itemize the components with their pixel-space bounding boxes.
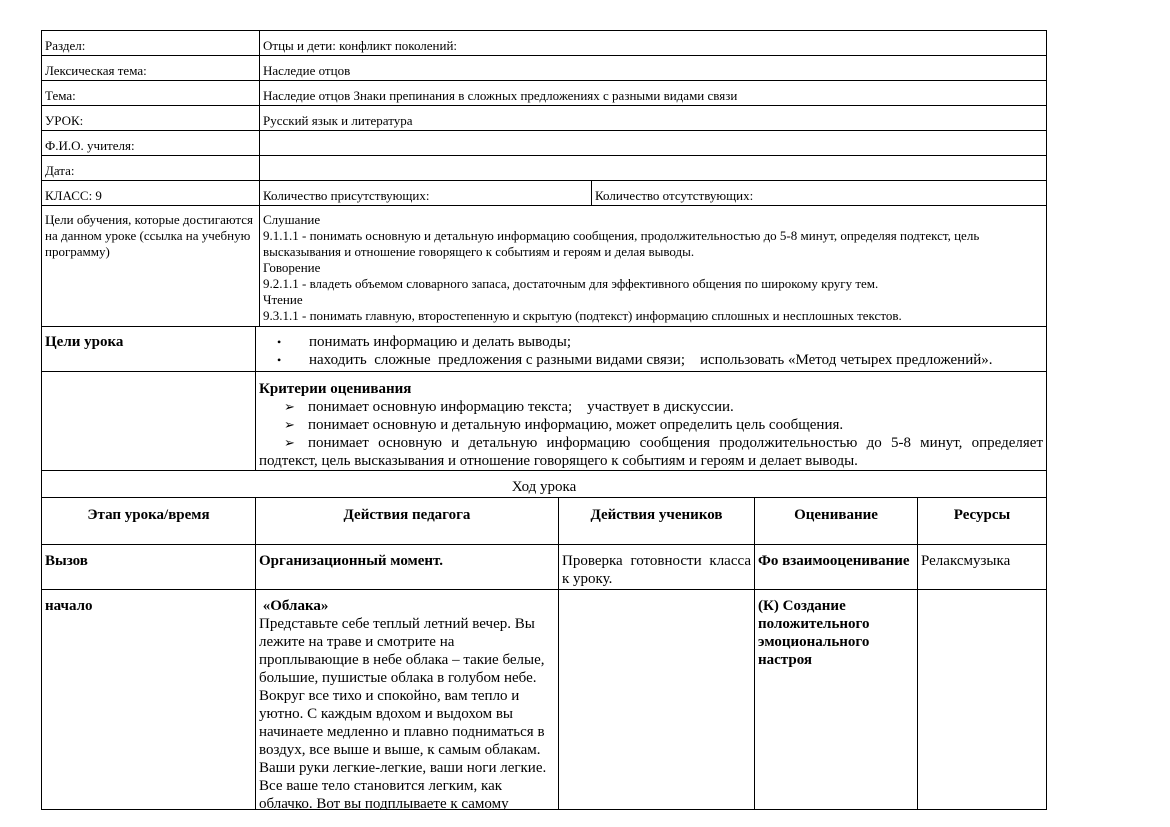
section-label: Раздел: bbox=[42, 31, 260, 56]
lesson-goals-label: Цели урока bbox=[42, 327, 256, 372]
exercise-line: Все ваше тело становится легким, как bbox=[259, 777, 555, 795]
assessment-cell: Фо взаимооценивание bbox=[755, 545, 918, 590]
exercise-title: «Облака» bbox=[259, 597, 555, 615]
criteria-list: Критерии оценивания ➢ понимает основную … bbox=[256, 372, 1047, 471]
topic-label: Тема: bbox=[42, 81, 260, 106]
teacher-actions-cell: Организационный момент. bbox=[256, 545, 559, 590]
resources-cell: Релаксмузыка bbox=[918, 545, 1047, 590]
stage-cell: Вызов bbox=[42, 545, 256, 590]
reading-heading: Чтение bbox=[263, 292, 1043, 308]
present-count-label: Количество присутствующих: bbox=[260, 181, 592, 206]
topic-value: Наследие отцов Знаки препинания в сложны… bbox=[260, 81, 1047, 106]
stage-cell: начало bbox=[42, 590, 256, 810]
lesson-flow-header-row: Этап урока/время Действия педагога Дейст… bbox=[42, 498, 1047, 545]
criteria-item: ➢понимает основную и детальную информаци… bbox=[259, 434, 1043, 452]
exercise-line: проплывающие в небе облака – такие белые… bbox=[259, 651, 555, 669]
date-value[interactable] bbox=[260, 156, 1047, 181]
speaking-goal: 9.2.1.1 - владеть объемом словарного зап… bbox=[263, 276, 1043, 292]
lesson-flow-caption: Ход урока bbox=[42, 471, 1047, 498]
section-value: Отцы и дети: конфликт поколений: bbox=[260, 31, 1047, 56]
exercise-line: уютно. С каждым вдохом и выдохом вы bbox=[259, 705, 555, 723]
info-row-learning-goals: Цели обучения, которые достигаются на да… bbox=[42, 206, 1047, 327]
exercise-line: Представьте себе теплый летний вечер. Вы bbox=[259, 615, 555, 633]
table-row: начало «Облака» Представьте себе теплый … bbox=[42, 590, 1047, 810]
info-row-topic: Тема: Наследие отцов Знаки препинания в … bbox=[42, 81, 1047, 106]
arrow-bullet-icon: ➢ bbox=[284, 434, 308, 452]
criteria-label bbox=[42, 372, 256, 471]
lesson-flow-caption-row: Ход урока bbox=[42, 471, 1047, 498]
arrow-bullet-icon: ➢ bbox=[284, 398, 308, 416]
lesson-info-table: Раздел: Отцы и дети: конфликт поколений:… bbox=[41, 30, 1047, 327]
header-assessment: Оценивание bbox=[755, 498, 918, 545]
lesson-goal-item: • понимать информацию и делать выводы; bbox=[259, 333, 1043, 351]
info-row-date: Дата: bbox=[42, 156, 1047, 181]
exercise-line: лежите на траве и смотрите на bbox=[259, 633, 555, 651]
teacher-name-label: Ф.И.О. учителя: bbox=[42, 131, 260, 156]
student-actions-cell bbox=[559, 590, 755, 810]
exercise-line: Вокруг все тихо и спокойно, вам тепло и bbox=[259, 687, 555, 705]
teacher-actions-cell: «Облака» Представьте себе теплый летний … bbox=[256, 590, 559, 810]
lesson-goals-row: Цели урока • понимать информацию и делат… bbox=[42, 327, 1047, 372]
lesson-flow-table: Ход урока Этап урока/время Действия педа… bbox=[41, 470, 1047, 810]
lesson-plan-page: Раздел: Отцы и дети: конфликт поколений:… bbox=[41, 30, 1046, 810]
info-row-lesson: УРОК: Русский язык и литература bbox=[42, 106, 1047, 131]
date-label: Дата: bbox=[42, 156, 260, 181]
absent-count-label: Количество отсутствующих: bbox=[592, 181, 1047, 206]
reading-goal: 9.3.1.1 - понимать главную, второстепенн… bbox=[263, 308, 1043, 324]
lexical-theme-value: Наследие отцов bbox=[260, 56, 1047, 81]
info-row-teacher: Ф.И.О. учителя: bbox=[42, 131, 1047, 156]
exercise-line: облачко. Вот вы подплываете к самому bbox=[259, 795, 555, 809]
bullet-icon: • bbox=[277, 351, 309, 369]
criteria-title: Критерии оценивания bbox=[259, 380, 1043, 398]
exercise-line: воздух, все выше и выше, к самым облакам… bbox=[259, 741, 555, 759]
learning-goals-label: Цели обучения, которые достигаются на да… bbox=[42, 206, 260, 327]
arrow-bullet-icon: ➢ bbox=[284, 416, 308, 434]
class-label: КЛАСС: 9 bbox=[42, 181, 260, 206]
header-stage: Этап урока/время bbox=[42, 498, 256, 545]
lesson-goals-table: Цели урока • понимать информацию и делат… bbox=[41, 326, 1047, 471]
exercise-line: Ваши руки легкие-легкие, ваши ноги легки… bbox=[259, 759, 555, 777]
exercise-line: начинаете медленно и плавно подниматься … bbox=[259, 723, 555, 741]
criteria-row: Критерии оценивания ➢ понимает основную … bbox=[42, 372, 1047, 471]
criteria-item: ➢ понимает основную и детальную информац… bbox=[259, 416, 1043, 434]
info-row-class: КЛАСС: 9 Количество присутствующих: Коли… bbox=[42, 181, 1047, 206]
criteria-item: ➢ понимает основную информацию текста; у… bbox=[259, 398, 1043, 416]
student-actions-cell: Проверка готовности класса к уроку. bbox=[559, 545, 755, 590]
info-row-lexical-theme: Лексическая тема: Наследие отцов bbox=[42, 56, 1047, 81]
lesson-value: Русский язык и литература bbox=[260, 106, 1047, 131]
lexical-theme-label: Лексическая тема: bbox=[42, 56, 260, 81]
table-row: Вызов Организационный момент. Проверка г… bbox=[42, 545, 1047, 590]
exercise-line: большие, пушистые облака в голубом небе. bbox=[259, 669, 555, 687]
listening-heading: Слушание bbox=[263, 212, 1043, 228]
speaking-heading: Говорение bbox=[263, 260, 1043, 276]
learning-goals-text: Слушание 9.1.1.1 - понимать основную и д… bbox=[260, 206, 1047, 327]
bullet-icon: • bbox=[277, 333, 309, 351]
assessment-cell: (К) Создание положительного эмоционально… bbox=[755, 590, 918, 810]
lesson-goal-item: • находить сложные предложения с разными… bbox=[259, 351, 1043, 369]
lesson-goals-list: • понимать информацию и делать выводы; •… bbox=[256, 327, 1047, 372]
header-teacher-actions: Действия педагога bbox=[256, 498, 559, 545]
header-resources: Ресурсы bbox=[918, 498, 1047, 545]
info-row-section: Раздел: Отцы и дети: конфликт поколений: bbox=[42, 31, 1047, 56]
listening-goal: 9.1.1.1 - понимать основную и детальную … bbox=[263, 228, 1043, 260]
criteria-item-continuation: подтекст, цель высказывания и отношение … bbox=[259, 452, 1043, 470]
resources-cell bbox=[918, 590, 1047, 810]
lesson-label: УРОК: bbox=[42, 106, 260, 131]
header-student-actions: Действия учеников bbox=[559, 498, 755, 545]
teacher-name-value[interactable] bbox=[260, 131, 1047, 156]
